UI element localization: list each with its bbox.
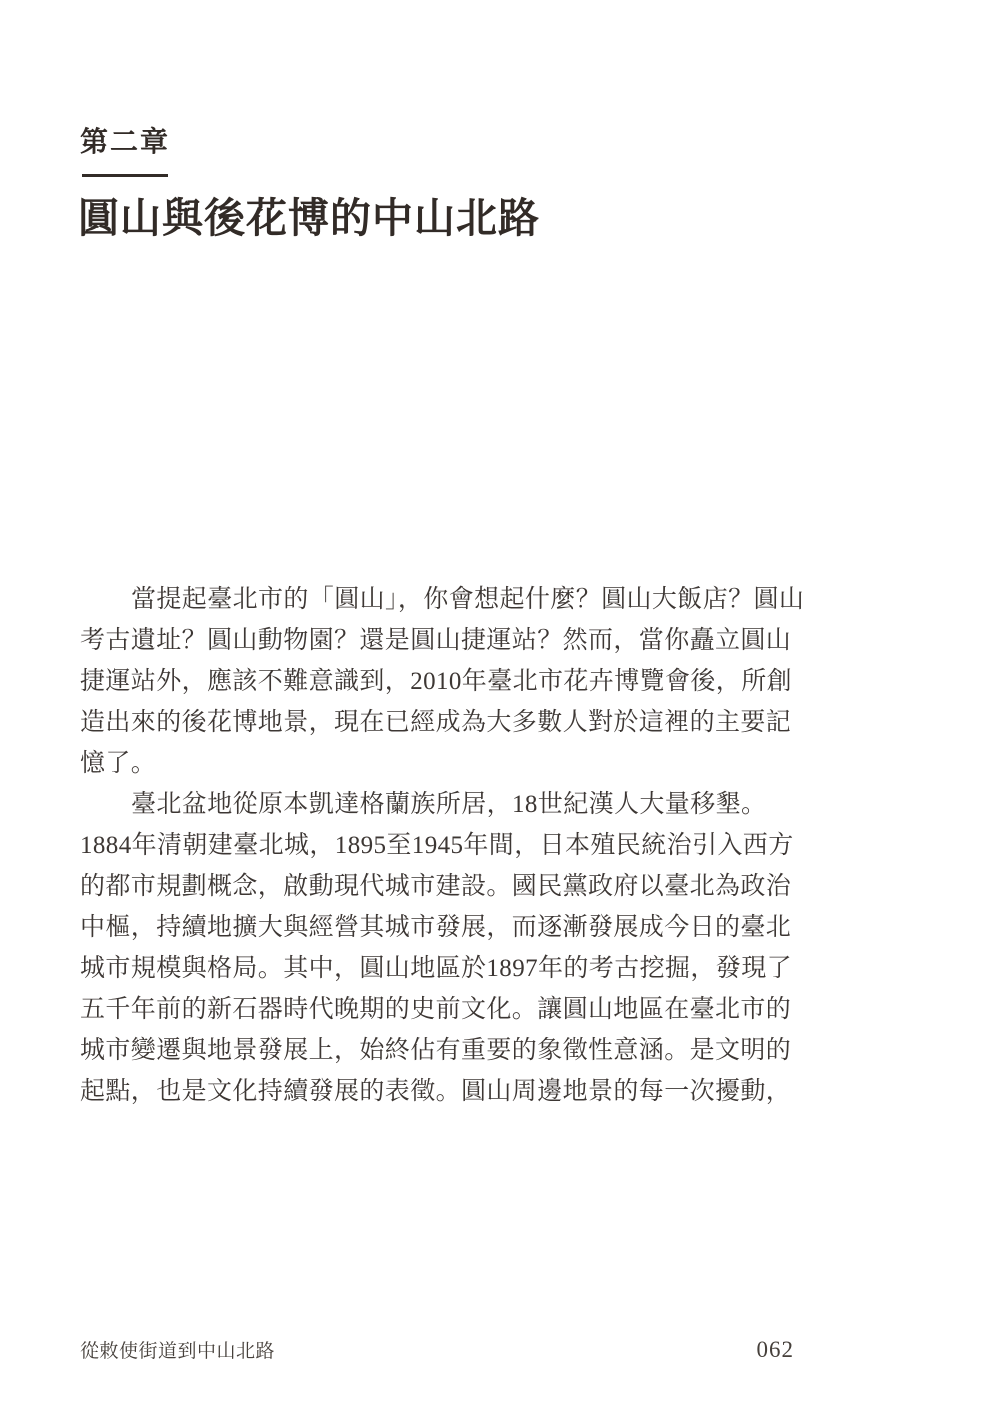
chapter-title: 圓山與後花博的中山北路	[78, 194, 540, 243]
body-line: 臺北盆地從原本凱達格蘭族所居，18世紀漢人大量移墾。	[80, 784, 796, 825]
body-line: 捷運站外，應該不難意識到，2010年臺北市花卉博覽會後，所創	[80, 661, 796, 702]
body-line: 五千年前的新石器時代晚期的史前文化。讓圓山地區在臺北市的	[80, 989, 796, 1030]
chapter-rule-divider	[82, 174, 168, 177]
body-line: 造出來的後花博地景，現在已經成為大多數人對於這裡的主要記	[80, 702, 796, 743]
page-number: 062	[757, 1336, 795, 1364]
body-line: 的都市規劃概念，啟動現代城市建設。國民黨政府以臺北為政治	[80, 866, 796, 907]
body-line: 城市變遷與地景發展上，始終佔有重要的象徵性意涵。是文明的	[80, 1030, 796, 1071]
body-line: 起點，也是文化持續發展的表徵。圓山周邊地景的每一次擾動，	[80, 1071, 796, 1112]
body-line: 當提起臺北市的「圓山」，你會想起什麼？圓山大飯店？圓山	[80, 579, 796, 620]
body-line: 1884年清朝建臺北城，1895至1945年間，日本殖民統治引入西方	[80, 825, 796, 866]
chapter-number: 第二章	[80, 126, 170, 160]
book-page: 第二章 圓山與後花博的中山北路 當提起臺北市的「圓山」，你會想起什麼？圓山大飯店…	[0, 0, 1000, 1419]
body-line: 憶了。	[80, 743, 796, 784]
body-line: 城市規模與格局。其中，圓山地區於1897年的考古挖掘，發現了	[80, 948, 796, 989]
body-text: 當提起臺北市的「圓山」，你會想起什麼？圓山大飯店？圓山考古遺址？圓山動物園？還是…	[80, 579, 796, 1112]
body-line: 中樞，持續地擴大與經營其城市發展，而逐漸發展成今日的臺北	[80, 907, 796, 948]
running-title: 從敕使街道到中山北路	[80, 1338, 275, 1366]
body-line: 考古遺址？圓山動物園？還是圓山捷運站？然而，當你矗立圓山	[80, 620, 796, 661]
page-footer: 從敕使街道到中山北路 062	[80, 1336, 794, 1366]
